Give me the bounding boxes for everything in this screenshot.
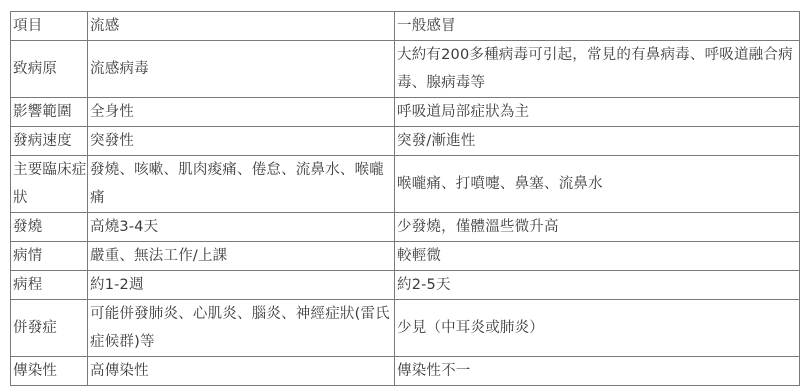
row-label: 併發症: [11, 300, 88, 357]
row-label: 病情: [11, 242, 88, 271]
table-row-contagiousness: 傳染性 高傳染性 傳染性不一: [11, 357, 800, 386]
flu-cell: 發燒、咳嗽、肌肉痠痛、倦怠、流鼻水、喉嚨痛: [88, 156, 395, 213]
table-row-symptoms: 主要臨床症狀 發燒、咳嗽、肌肉痠痛、倦怠、流鼻水、喉嚨痛 喉嚨痛、打噴嚏、鼻塞、…: [11, 156, 800, 213]
row-label: 病程: [11, 271, 88, 300]
row-label: 發燒: [11, 213, 88, 242]
row-label: 影響範圍: [11, 98, 88, 127]
table-row-severity: 病情 嚴重、無法工作/上課 較輕微: [11, 242, 800, 271]
flu-cell: 突發性: [88, 127, 395, 156]
row-label: 致病原: [11, 41, 88, 98]
flu-cell: 高燒3-4天: [88, 213, 395, 242]
flu-cell: 可能併發肺炎、心肌炎、腦炎、神經症狀(雷氏症候群)等: [88, 300, 395, 357]
header-cell-flu: 流感: [88, 12, 395, 41]
row-label: 傳染性: [11, 357, 88, 386]
cold-cell: 喉嚨痛、打噴嚏、鼻塞、流鼻水: [395, 156, 800, 213]
cold-cell: 約2-5天: [395, 271, 800, 300]
row-label: 發病速度: [11, 127, 88, 156]
flu-cell: 全身性: [88, 98, 395, 127]
cold-cell: 少見（中耳炎或肺炎）: [395, 300, 800, 357]
table-row-pathogen: 致病原 流感病毒 大約有200多種病毒可引起，常見的有鼻病毒、呼吸道融合病毒、腺…: [11, 41, 800, 98]
cold-cell: 呼吸道局部症狀為主: [395, 98, 800, 127]
table-row-fever: 發燒 高燒3-4天 少發燒，僅體溫些微升高: [11, 213, 800, 242]
cold-cell: 突發/漸進性: [395, 127, 800, 156]
cold-cell: 傳染性不一: [395, 357, 800, 386]
flu-cell: 高傳染性: [88, 357, 395, 386]
table-row-onset: 發病速度 突發性 突發/漸進性: [11, 127, 800, 156]
flu-vs-cold-table: 項目 流感 一般感冒 致病原 流感病毒 大約有200多種病毒可引起，常見的有鼻病…: [10, 11, 800, 386]
flu-cell: 約1-2週: [88, 271, 395, 300]
table-row-scope: 影響範圍 全身性 呼吸道局部症狀為主: [11, 98, 800, 127]
table-row-complications: 併發症 可能併發肺炎、心肌炎、腦炎、神經症狀(雷氏症候群)等 少見（中耳炎或肺炎…: [11, 300, 800, 357]
cold-cell: 大約有200多種病毒可引起，常見的有鼻病毒、呼吸道融合病毒、腺病毒等: [395, 41, 800, 98]
header-cell-item: 項目: [11, 12, 88, 41]
flu-cell: 流感病毒: [88, 41, 395, 98]
cold-cell: 較輕微: [395, 242, 800, 271]
header-cell-cold: 一般感冒: [395, 12, 800, 41]
cold-cell: 少發燒，僅體溫些微升高: [395, 213, 800, 242]
flu-cell: 嚴重、無法工作/上課: [88, 242, 395, 271]
row-label: 主要臨床症狀: [11, 156, 88, 213]
table-row-duration: 病程 約1-2週 約2-5天: [11, 271, 800, 300]
table-header-row: 項目 流感 一般感冒: [11, 12, 800, 41]
comparison-table-container: 項目 流感 一般感冒 致病原 流感病毒 大約有200多種病毒可引起，常見的有鼻病…: [10, 11, 800, 386]
